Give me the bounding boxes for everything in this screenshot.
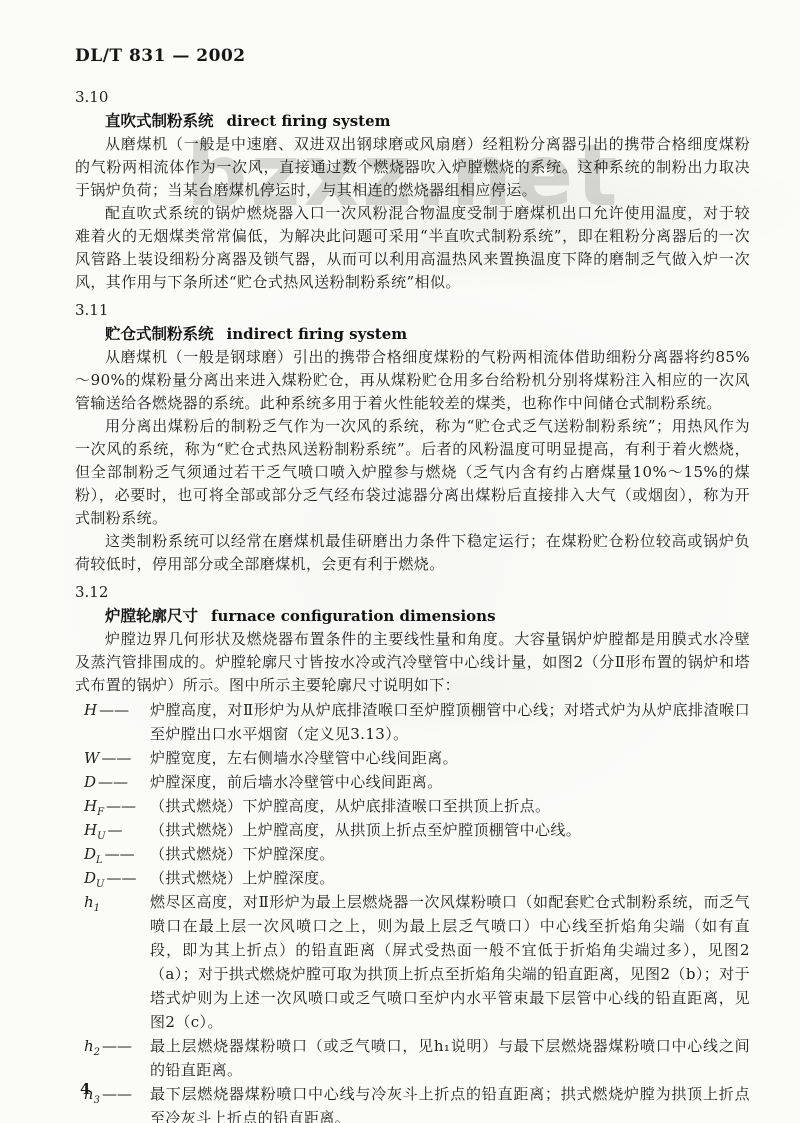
- term-dash: ——: [106, 869, 136, 887]
- paragraph: 配直吹式系统的锅炉燃烧器入口一次风粉混合物温度受制于磨煤机出口允许使用温度，对于…: [75, 202, 750, 294]
- term-subscript: U: [97, 831, 105, 842]
- term-dash: ——: [99, 701, 129, 719]
- term-subscript: 2: [94, 1047, 100, 1058]
- section-title-en: direct firing system: [227, 112, 391, 130]
- term-subscript: 1: [94, 903, 100, 914]
- definition-item-HU: HU— （拱式燃烧）上炉膛高度，从拱顶上折点至炉膛顶棚管中心线。: [75, 818, 750, 842]
- definition-text: 炉膛高度，对Ⅱ形炉为从炉底排渣喉口至炉膛顶棚管中心线；对塔式炉为从炉底排渣喉口至…: [150, 701, 750, 743]
- term-symbol: D: [84, 773, 96, 791]
- definition-text: 炉膛宽度，左右侧墙水冷壁管中心线间距离。: [150, 749, 458, 767]
- definition-term: W——: [84, 746, 131, 770]
- term-symbol: D: [84, 845, 96, 863]
- term-subscript: 3: [94, 1095, 100, 1106]
- definition-term: HF——: [84, 794, 136, 818]
- doc-number: DL/T 831 — 2002: [75, 46, 750, 66]
- definition-text: 最下层燃烧器煤粉喷口中心线与冷灰斗上折点的铅直距离；拱式燃烧炉膛为拱顶上折点至冷…: [150, 1085, 750, 1123]
- definition-text: 炉膛深度，前后墙水冷壁管中心线间距离。: [150, 773, 443, 791]
- section-title: 贮仓式制粉系统indirect firing system: [75, 322, 750, 346]
- term-dash: ——: [102, 1085, 132, 1103]
- page-number: 4: [80, 1080, 90, 1098]
- term-symbol: H: [84, 701, 97, 719]
- term-symbol: h: [84, 893, 94, 911]
- term-dash: ——: [102, 1037, 132, 1055]
- term-subscript: F: [97, 807, 104, 818]
- definition-term: HU—: [84, 818, 123, 842]
- paragraph: 炉膛边界几何形状及燃烧器布置条件的主要线性量和角度。大容量锅炉炉膛都是用膜式水冷…: [75, 628, 750, 697]
- definition-item-h2: h2—— 最上层燃烧器煤粉喷口（或乏气喷口，见h₁说明）与最下层燃烧器煤粉喷口中…: [75, 1034, 750, 1082]
- section-number: 3.12: [75, 581, 750, 604]
- document-page: bzxz.net DL/T 831 — 2002 3.10 直吹式制粉系统dir…: [0, 0, 800, 1123]
- definition-item-W: W—— 炉膛宽度，左右侧墙水冷壁管中心线间距离。: [75, 746, 750, 770]
- term-symbol: H: [84, 821, 97, 839]
- term-dash: ——: [101, 749, 131, 767]
- section-title-en: indirect firing system: [227, 325, 408, 343]
- definition-text: 燃尽区高度，对Ⅱ形炉为最上层燃烧器一次风煤粉喷口（如配套贮仓式制粉系统，而乏气喷…: [150, 893, 750, 1031]
- section-3-11: 3.11 贮仓式制粉系统indirect firing system 从磨煤机（…: [75, 299, 750, 576]
- term-dash: ——: [105, 845, 135, 863]
- definition-item-H: H—— 炉膛高度，对Ⅱ形炉为从炉底排渣喉口至炉膛顶棚管中心线；对塔式炉为从炉底排…: [75, 698, 750, 746]
- term-symbol: h: [84, 1037, 94, 1055]
- definition-text: （拱式燃烧）上炉膛高度，从拱顶上折点至炉膛顶棚管中心线。: [150, 821, 581, 839]
- paragraph: 这类制粉系统可以经常在磨煤机最佳研磨出力条件下稳定运行；在煤粉贮仓粉位较高或锅炉…: [75, 530, 750, 576]
- section-title-zh: 直吹式制粉系统: [105, 112, 214, 130]
- definition-term: H——: [84, 698, 129, 722]
- definition-term: DU——: [84, 866, 136, 890]
- term-dash: —: [108, 821, 123, 839]
- section-title-en: furnace configuration dimensions: [211, 607, 496, 625]
- section-number: 3.11: [75, 299, 750, 322]
- section-title: 直吹式制粉系统direct firing system: [75, 109, 750, 133]
- section-number: 3.10: [75, 86, 750, 109]
- definition-item-DL: DL—— （拱式燃烧）下炉膛深度。: [75, 842, 750, 866]
- definition-text: （拱式燃烧）下炉膛高度，从炉底排渣喉口至拱顶上折点。: [150, 797, 550, 815]
- definition-term: D——: [84, 770, 128, 794]
- definition-term: h2——: [84, 1034, 132, 1058]
- definition-text: 最上层燃烧器煤粉喷口（或乏气喷口，见h₁说明）与最下层燃烧器煤粉喷口中心线之间的…: [150, 1037, 750, 1079]
- page-content: DL/T 831 — 2002 3.10 直吹式制粉系统direct firin…: [0, 0, 800, 1123]
- term-dash: ——: [98, 773, 128, 791]
- term-symbol: D: [84, 869, 96, 887]
- term-subscript: L: [96, 855, 103, 866]
- definition-term: DL——: [84, 842, 135, 866]
- term-subscript: U: [96, 879, 104, 890]
- definition-item-h3: h3—— 最下层燃烧器煤粉喷口中心线与冷灰斗上折点的铅直距离；拱式燃烧炉膛为拱顶…: [75, 1082, 750, 1123]
- definition-term: h1: [84, 890, 102, 914]
- section-title-zh: 贮仓式制粉系统: [105, 325, 214, 343]
- term-symbol: W: [84, 749, 99, 767]
- section-3-10: 3.10 直吹式制粉系统direct firing system 从磨煤机（一般…: [75, 86, 750, 294]
- paragraph: 从磨煤机（一般是钢球磨）引出的携带合格细度煤粉的气粉两相流体借助细粉分离器将约8…: [75, 346, 750, 415]
- dimension-definition-list: H—— 炉膛高度，对Ⅱ形炉为从炉底排渣喉口至炉膛顶棚管中心线；对塔式炉为从炉底排…: [75, 698, 750, 1123]
- definition-item-h1: h1 燃尽区高度，对Ⅱ形炉为最上层燃烧器一次风煤粉喷口（如配套贮仓式制粉系统，而…: [75, 890, 750, 1034]
- definition-term: h3——: [84, 1082, 132, 1106]
- term-dash: ——: [106, 797, 136, 815]
- definition-item-D: D—— 炉膛深度，前后墙水冷壁管中心线间距离。: [75, 770, 750, 794]
- definition-item-DU: DU—— （拱式燃烧）上炉膛深度。: [75, 866, 750, 890]
- term-symbol: H: [84, 797, 97, 815]
- definition-text: （拱式燃烧）上炉膛深度。: [150, 869, 335, 887]
- section-title-zh: 炉膛轮廓尺寸: [105, 607, 198, 625]
- section-title: 炉膛轮廓尺寸furnace configuration dimensions: [75, 604, 750, 628]
- paragraph: 从磨煤机（一般是中速磨、双进双出钢球磨或风扇磨）经粗粉分离器引出的携带合格细度煤…: [75, 133, 750, 202]
- paragraph: 用分离出煤粉后的制粉乏气作为一次风的系统，称为“贮仓式乏气送粉制粉系统”；用热风…: [75, 415, 750, 530]
- section-3-12: 3.12 炉膛轮廓尺寸furnace configuration dimensi…: [75, 581, 750, 1123]
- definition-text: （拱式燃烧）下炉膛深度。: [150, 845, 335, 863]
- definition-item-HF: HF—— （拱式燃烧）下炉膛高度，从炉底排渣喉口至拱顶上折点。: [75, 794, 750, 818]
